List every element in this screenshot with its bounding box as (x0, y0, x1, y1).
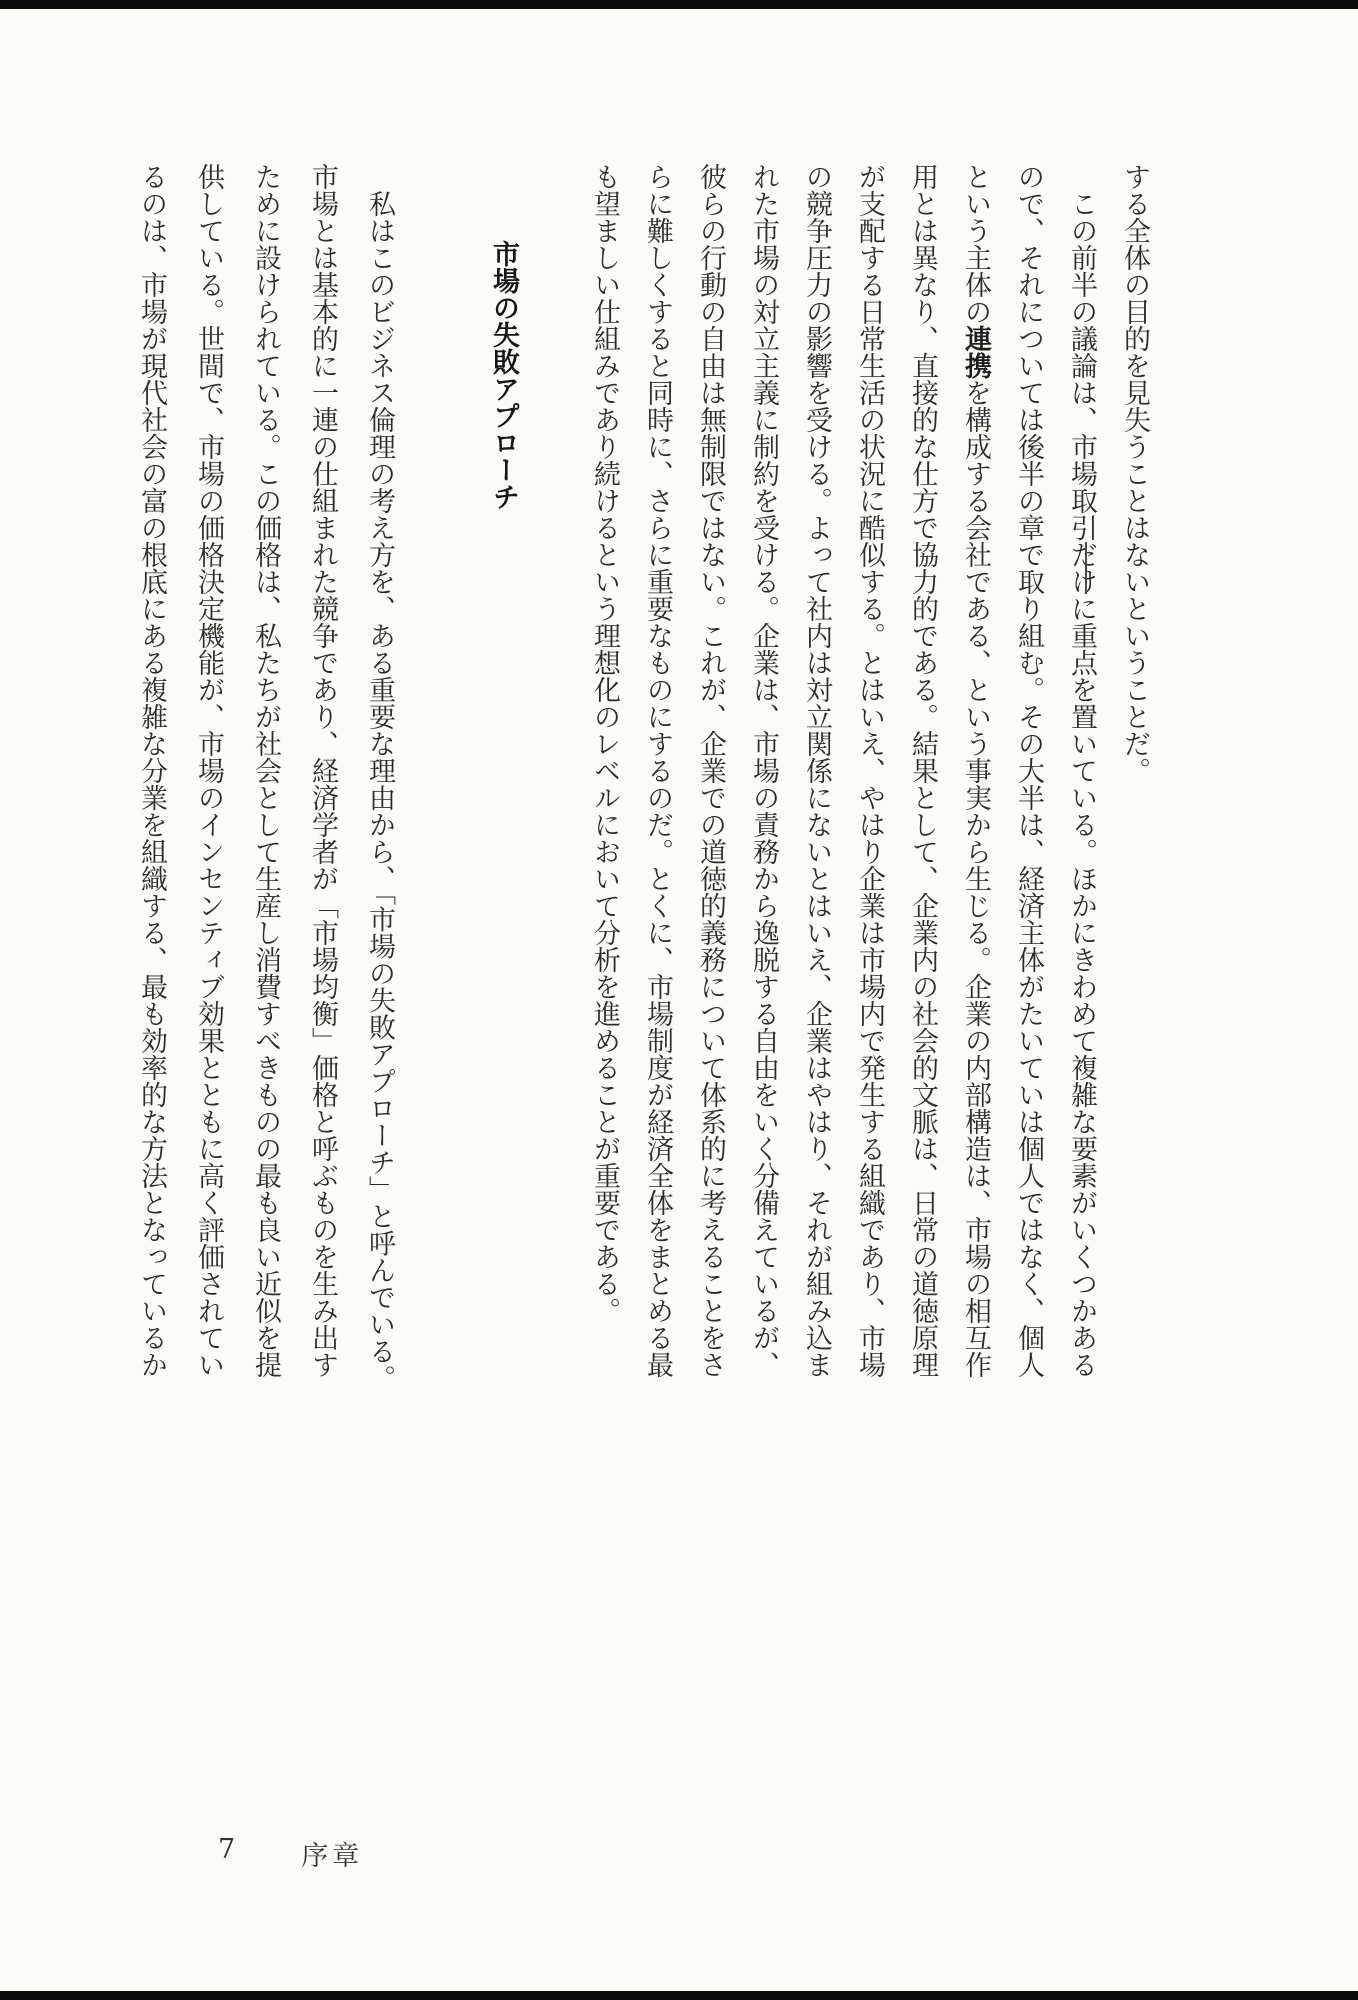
text-segment: する全体の目的を見失うことはないということだ。 (1119, 163, 1150, 784)
text-line: れた市場の対立主義に制約を受ける。企業は、市場の責務から逸脱する自由をいく分備え… (737, 163, 790, 1393)
emphasized-term: 連携 (960, 325, 991, 379)
text-segment: が支配する日常生活の状況に酷似する。とはいえ、やはり企業は市場内で発生する組織で… (854, 163, 885, 1378)
text-segment: の競争圧力の影響を受ける。よって社内は対立関係にないとはいえ、企業はやはり、それ… (801, 163, 832, 1378)
text-segment: も望ましい仕組みであり続けるという理想化のレベルにおいて分析を進めることが重要で… (589, 163, 620, 1324)
text-segment: るのは、市場が現代社会の富の根底にある複雑な分業を組織する、最も効率的な方法とな… (136, 163, 167, 1378)
text-line: という主体の連携を構成する会社である、という事実から生じる。企業の内部構造は、市… (949, 163, 1002, 1393)
text-segment: を構成する会社である、という事実から生じる。企業の内部構造は、市場の相互作 (960, 379, 991, 1378)
section-heading: 市場の失敗アプローチ (488, 163, 518, 1393)
text-segment: ので、それについては後半の章で取り組む。その大半は、経済主体がたいていは個人では… (1013, 163, 1044, 1378)
chapter-label: 序章 (301, 1834, 363, 1873)
text-segment: という主体の (960, 163, 991, 325)
text-segment: れた市場の対立主義に制約を受ける。企業は、市場の責務から逸脱する自由をいく分備え… (748, 163, 779, 1378)
text-segment: に重点を置いている。ほかにきわめて複雑な要素がいくつかある (1066, 595, 1097, 1378)
text-line: 私はこのビジネス倫理の考え方を、ある重要な理由から、「市場の失敗アプローチ」と呼… (351, 163, 408, 1393)
text-line: らに難しくすると同時に、さらに重要なものにするのだ。とくに、市場制度が経済全体を… (631, 163, 684, 1393)
text-segment: らに難しくすると同時に、さらに重要なものにするのだ。とくに、市場制度が経済全体を… (642, 163, 673, 1378)
emphasis-marked-text: だけ (1066, 541, 1097, 595)
book-page: する全体の目的を見失うことはないということだ。この前半の議論は、市場取引だけに重… (0, 0, 1358, 2000)
text-segment: 用とは異なり、直接的な仕方で協力的である。結果として、企業内の社会的文脈は、日常… (907, 163, 938, 1378)
text-line: も望ましい仕組みであり続けるという理想化のレベルにおいて分析を進めることが重要で… (578, 163, 631, 1393)
text-line: ので、それについては後半の章で取り組む。その大半は、経済主体がたいていは個人では… (1002, 163, 1055, 1393)
text-segment: 彼らの行動の自由は無制限ではない。これが、企業での道徳的義務について体系的に考え… (695, 163, 726, 1378)
text-line: ために設けられている。この価格は、私たちが社会として生産し消費すべきものの最も良… (237, 163, 294, 1393)
text-block: する全体の目的を見失うことはないということだ。この前半の議論は、市場取引だけに重… (123, 163, 1161, 1393)
text-line: 彼らの行動の自由は無制限ではない。これが、企業での道徳的義務について体系的に考え… (684, 163, 737, 1393)
scan-edge-top (0, 0, 1358, 9)
text-line: の競争圧力の影響を受ける。よって社内は対立関係にないとはいえ、企業はやはり、それ… (790, 163, 843, 1393)
text-segment: ために設けられている。この価格は、私たちが社会として生産し消費すべきものの最も良… (250, 163, 281, 1378)
scan-edge-bottom (0, 1991, 1358, 2000)
text-segment: 私はこのビジネス倫理の考え方を、ある重要な理由から、「市場の失敗アプローチ」と呼… (364, 190, 395, 1392)
text-segment: この前半の議論は、市場取引 (1066, 190, 1097, 541)
page-footer: 7 序章 (218, 1834, 363, 1873)
paragraph-section-1: する全体の目的を見失うことはないということだ。この前半の議論は、市場取引だけに重… (578, 163, 1161, 1393)
text-line: する全体の目的を見失うことはないということだ。 (1108, 163, 1161, 1393)
text-segment: 供している。世間で、市場の価格決定機能が、市場のインセンティブ効果とともに高く評… (193, 163, 224, 1378)
text-segment: 市場とは基本的に一連の仕組まれた競争であり、経済学者が「市場均衡」価格と呼ぶもの… (307, 163, 338, 1378)
text-line: 供している。世間で、市場の価格決定機能が、市場のインセンティブ効果とともに高く評… (180, 163, 237, 1393)
text-line: 用とは異なり、直接的な仕方で協力的である。結果として、企業内の社会的文脈は、日常… (896, 163, 949, 1393)
text-line: この前半の議論は、市場取引だけに重点を置いている。ほかにきわめて複雑な要素がいく… (1055, 163, 1108, 1393)
text-line: 市場とは基本的に一連の仕組まれた競争であり、経済学者が「市場均衡」価格と呼ぶもの… (294, 163, 351, 1393)
page-number: 7 (218, 1834, 239, 1873)
text-line: るのは、市場が現代社会の富の根底にある複雑な分業を組織する、最も効率的な方法とな… (123, 163, 180, 1393)
text-line: が支配する日常生活の状況に酷似する。とはいえ、やはり企業は市場内で発生する組織で… (843, 163, 896, 1393)
paragraph-section-2: 私はこのビジネス倫理の考え方を、ある重要な理由から、「市場の失敗アプローチ」と呼… (123, 163, 408, 1393)
